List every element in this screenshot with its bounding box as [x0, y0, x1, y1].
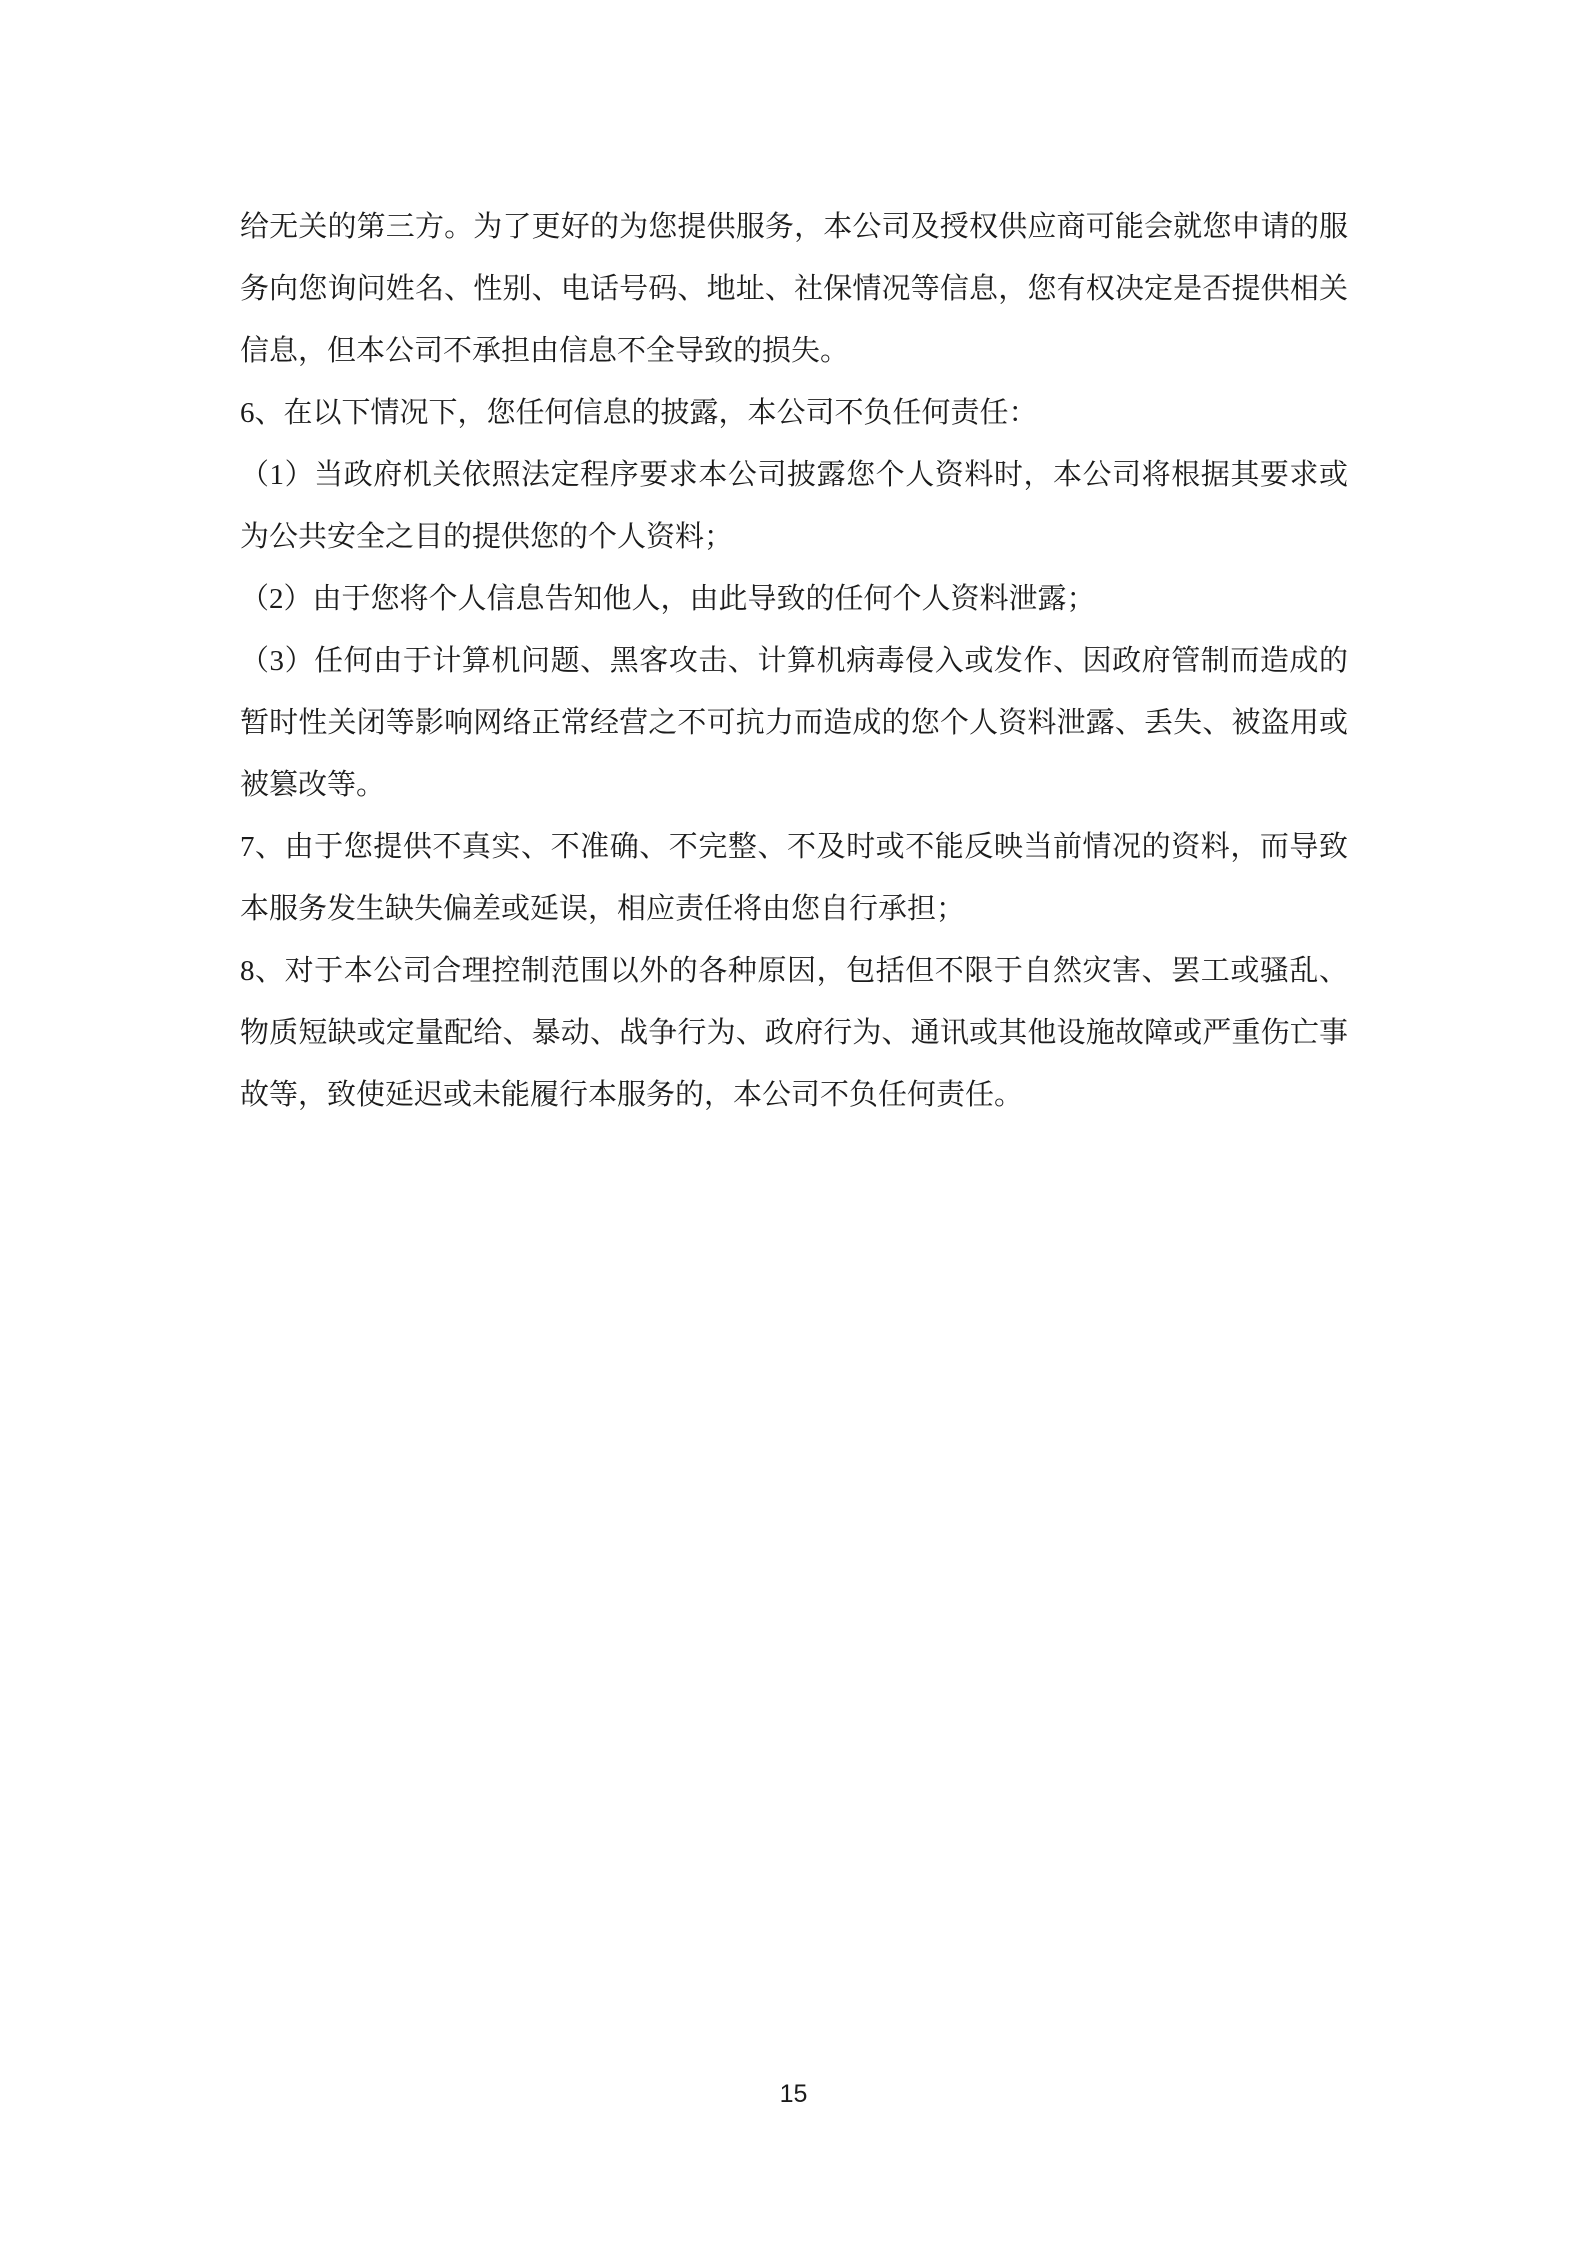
- terms-body: 给无关的第三方。为了更好的为您提供服务，本公司及授权供应商可能会就您申请的服务向…: [240, 196, 1348, 1126]
- paragraph: 6、在以下情况下，您任何信息的披露，本公司不负任何责任：: [240, 382, 1348, 444]
- document-page: 给无关的第三方。为了更好的为您提供服务，本公司及授权供应商可能会就您申请的服务向…: [0, 0, 1587, 2245]
- paragraph: （1）当政府机关依照法定程序要求本公司披露您个人资料时，本公司将根据其要求或为公…: [240, 444, 1348, 568]
- paragraph: 7、由于您提供不真实、不准确、不完整、不及时或不能反映当前情况的资料，而导致本服…: [240, 816, 1348, 940]
- paragraph: 8、对于本公司合理控制范围以外的各种原因，包括但不限于自然灾害、罢工或骚乱、物质…: [240, 940, 1348, 1126]
- page-number: 15: [0, 2080, 1587, 2109]
- paragraph: （2）由于您将个人信息告知他人，由此导致的任何个人资料泄露；: [240, 568, 1348, 630]
- paragraph: （3）任何由于计算机问题、黑客攻击、计算机病毒侵入或发作、因政府管制而造成的暂时…: [240, 630, 1348, 816]
- paragraph: 给无关的第三方。为了更好的为您提供服务，本公司及授权供应商可能会就您申请的服务向…: [240, 196, 1348, 382]
